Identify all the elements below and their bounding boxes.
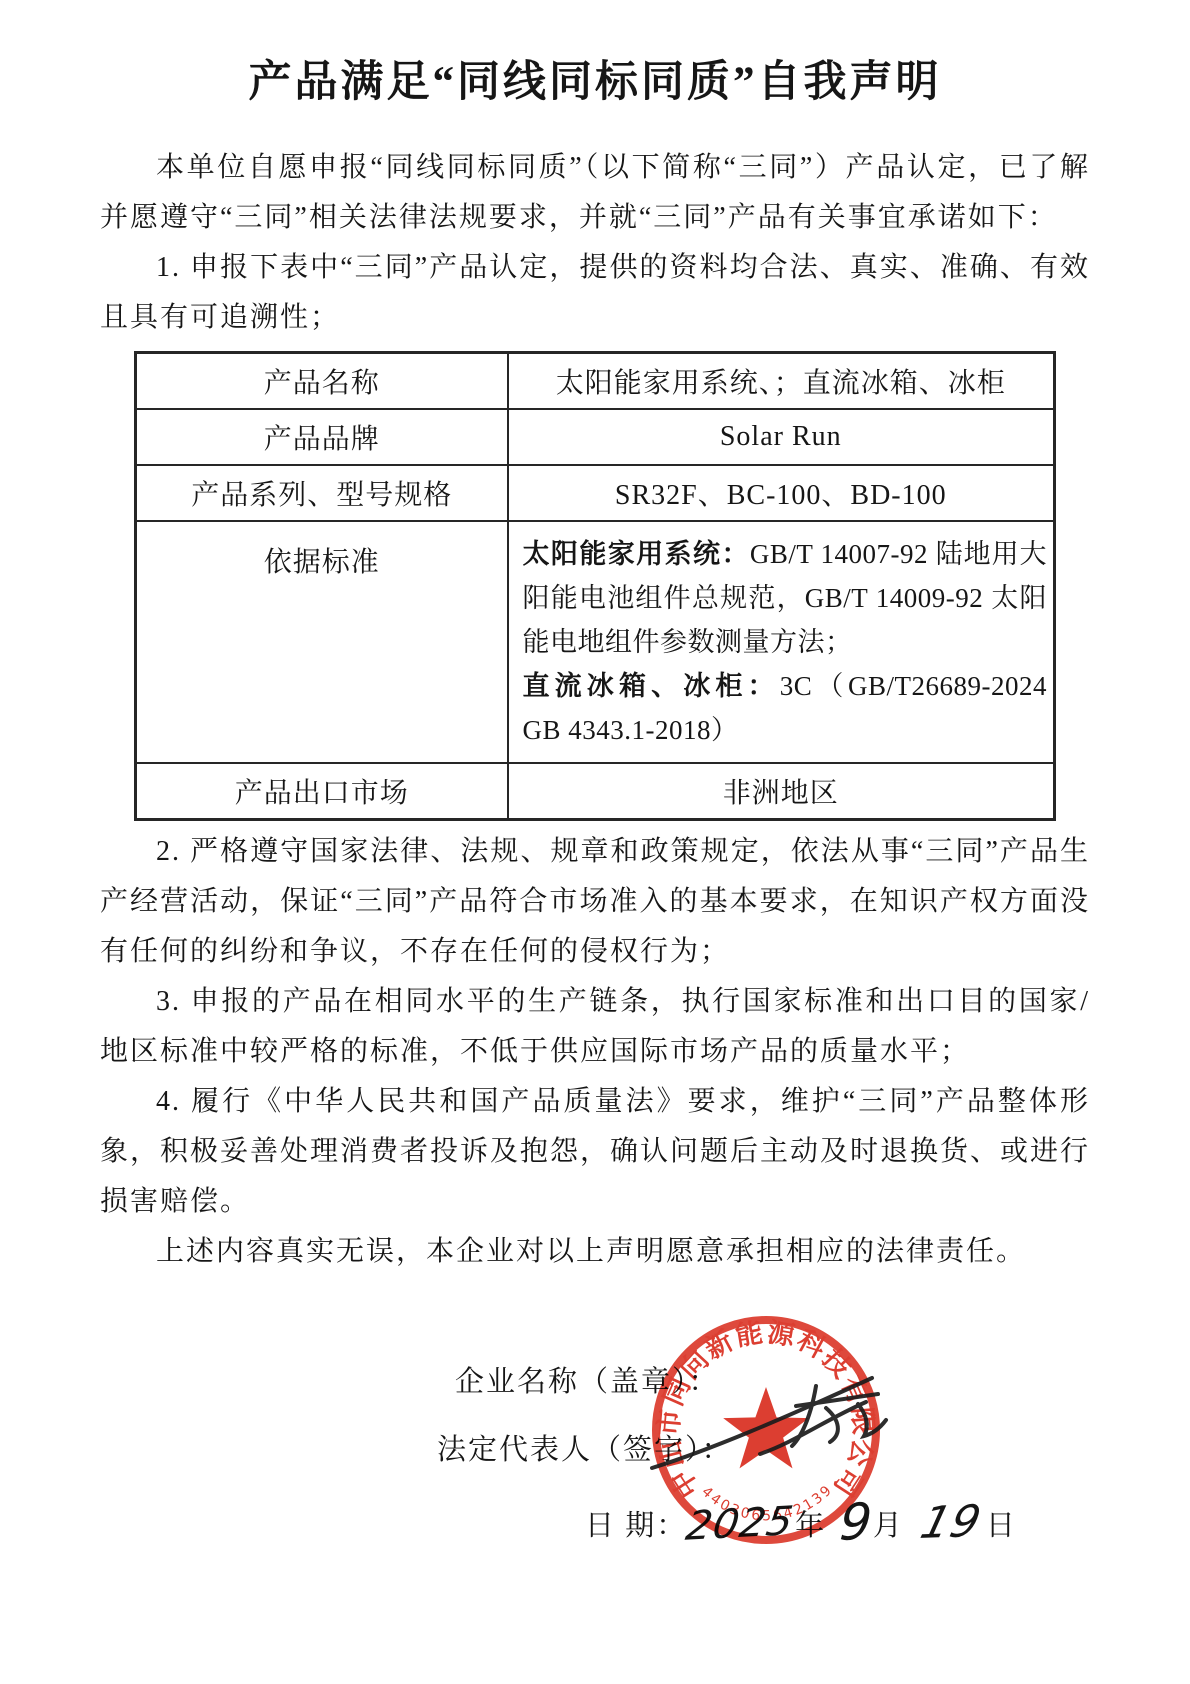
handwritten-signature [620, 1350, 930, 1490]
row-label-brand: 产品品牌 [136, 409, 508, 465]
table-row: 产品品牌 Solar Run [136, 409, 1055, 465]
declaration-document-page: 产品满足“同线同标同质”自我声明 本单位自愿申报“同线同标同质”（以下简称“三同… [0, 0, 1190, 1684]
day-suffix: 日 [986, 1510, 1017, 1542]
row-value-standards: 太阳能家用系统：GB/T 14007-92 陆地用大阳能电池组件总规范，GB/T… [508, 521, 1055, 763]
product-info-table: 产品名称 太阳能家用系统、；直流冰箱、冰柜 产品品牌 Solar Run 产品系… [134, 351, 1056, 821]
table-row: 产品系列、型号规格 SR32F、BC-100、BD-100 [136, 465, 1055, 521]
document-content: 产品满足“同线同标同质”自我声明 本单位自愿申报“同线同标同质”（以下简称“三同… [0, 0, 1190, 1277]
item-4-paragraph: 4. 履行《中华人民共和国产品质量法》要求，维护“三同”产品整体形象，积极妥善处… [100, 1077, 1090, 1227]
row-value-product-name: 太阳能家用系统、；直流冰箱、冰柜 [508, 353, 1055, 410]
page-title: 产品满足“同线同标同质”自我声明 [100, 48, 1090, 109]
table-row: 产品出口市场 非洲地区 [136, 763, 1055, 820]
table-row: 产品名称 太阳能家用系统、；直流冰箱、冰柜 [136, 353, 1055, 410]
row-label-standards: 依据标准 [136, 521, 508, 763]
item-2-paragraph: 2. 严格遵守国家法律、法规、规章和政策规定，依法从事“三同”产品生产经营活动，… [100, 827, 1090, 977]
closing-paragraph: 上述内容真实无误，本企业对以上声明愿意承担相应的法律责任。 [100, 1227, 1090, 1277]
row-value-brand: Solar Run [508, 409, 1055, 465]
row-label-export-market: 产品出口市场 [136, 763, 508, 820]
standard-item-solar-name: 太阳能家用系统： [523, 539, 750, 569]
standard-item-fridge-name: 直流冰箱、冰柜： [523, 671, 780, 701]
row-label-series-models: 产品系列、型号规格 [136, 465, 508, 521]
row-value-series-models: SR32F、BC-100、BD-100 [508, 465, 1055, 521]
standard-item-solar: 太阳能家用系统：GB/T 14007-92 陆地用大阳能电池组件总规范，GB/T… [523, 532, 1048, 664]
handwritten-day: 19 [913, 1488, 989, 1558]
row-label-product-name: 产品名称 [136, 353, 508, 410]
standard-item-fridge: 直流冰箱、冰柜：3C（GB/T26689-2024 GB 4343.1-2018… [523, 664, 1048, 752]
table-row: 依据标准 太阳能家用系统：GB/T 14007-92 陆地用大阳能电池组件总规范… [136, 521, 1055, 763]
intro-paragraph: 本单位自愿申报“同线同标同质”（以下简称“三同”）产品认定，已了解并愿遵守“三同… [100, 143, 1090, 243]
item-1-paragraph: 1. 申报下表中“三同”产品认定，提供的资料均合法、真实、准确、有效且具有可追溯… [100, 243, 1090, 343]
item-3-paragraph: 3. 申报的产品在相同水平的生产链条，执行国家标准和出口目的国家/地区标准中较严… [100, 977, 1090, 1077]
row-value-export-market: 非洲地区 [508, 763, 1055, 820]
